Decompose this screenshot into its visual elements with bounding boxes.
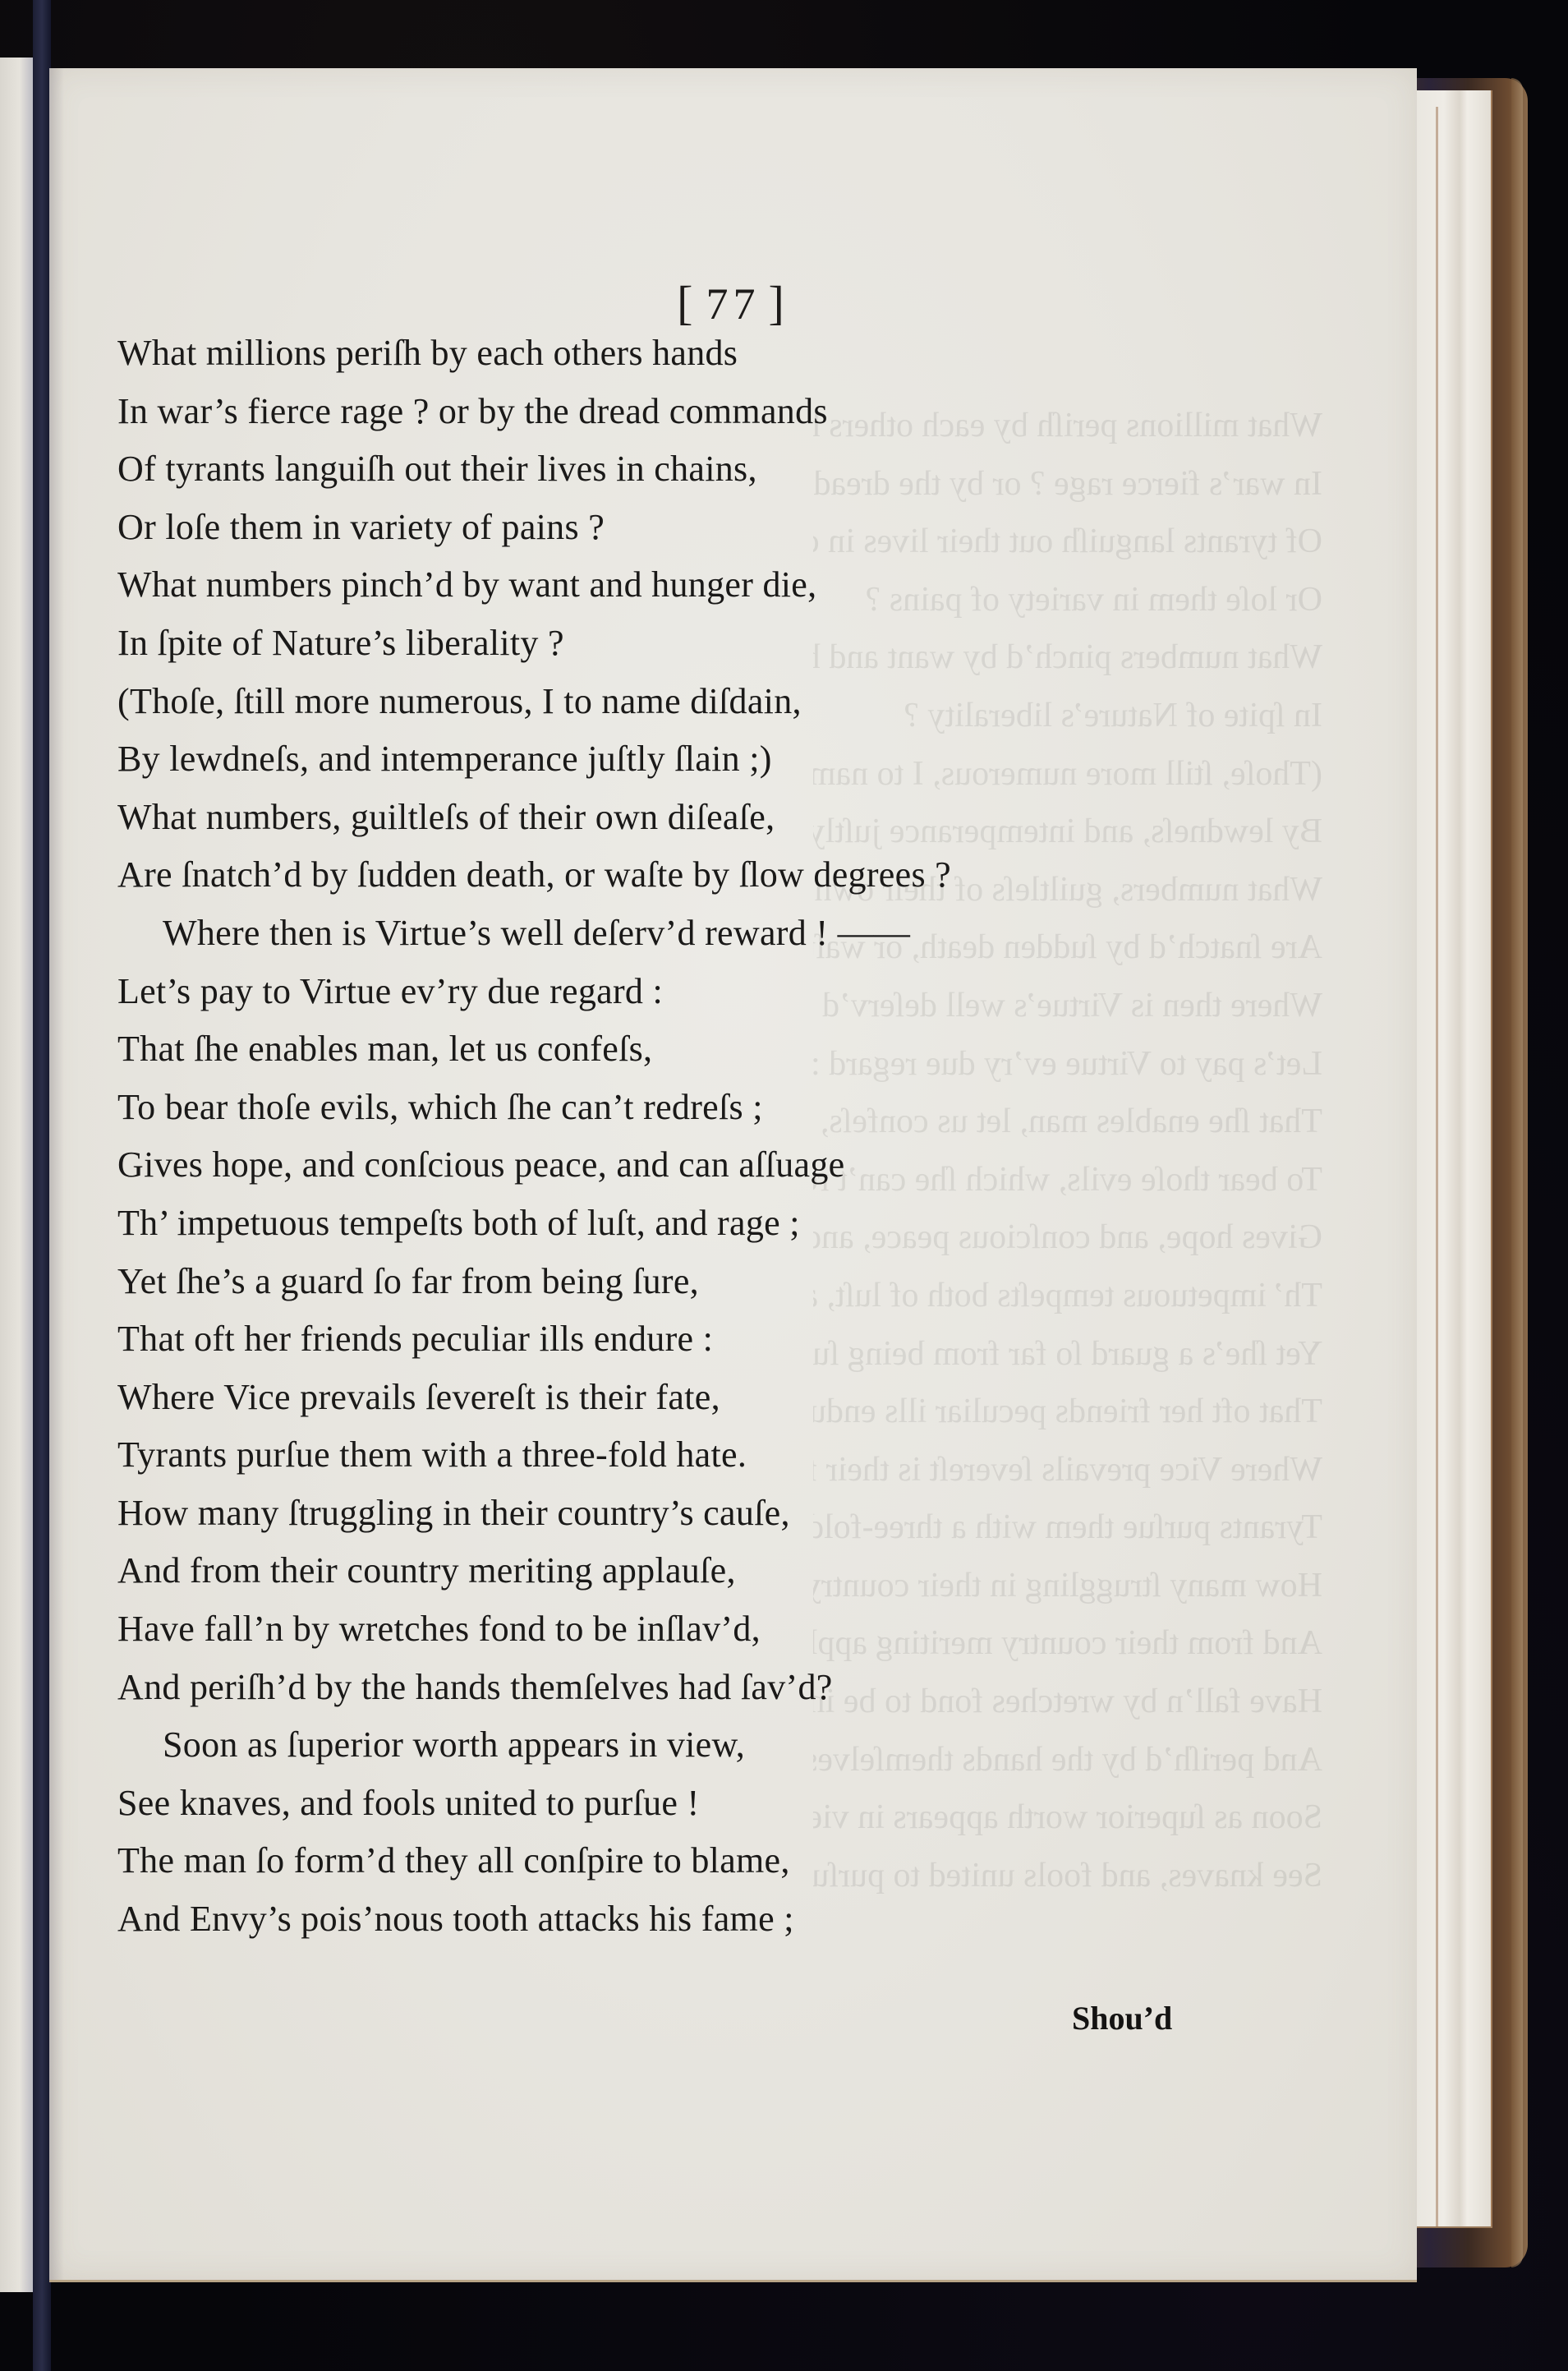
poem-line: In ſpite of Nature’s liberality ? (117, 615, 1350, 673)
facing-page-edge (0, 58, 34, 2292)
poem-line: Have fall’n by wretches fond to be inſla… (117, 1600, 1350, 1659)
poem-line: That ſhe enables man, let us confeſs, (117, 1020, 1350, 1079)
poem-line-indented: Soon as ſuperior worth appears in view, (117, 1716, 1350, 1775)
poem-line: Yet ſhe’s a guard ſo far from being ſure… (117, 1253, 1350, 1311)
catchword: Shou’d (1072, 1999, 1172, 2037)
poem-line: That oft her friends peculiar ills endur… (117, 1310, 1350, 1369)
poem-line: Gives hope, and conſcious peace, and can… (117, 1136, 1350, 1195)
left-bracket: [ (677, 276, 697, 329)
poem-text: What millions periſh by each others hand… (117, 325, 1350, 1949)
poem-line: Th’ impetuous tempeſts both of luſt, and… (117, 1195, 1350, 1253)
page-stack-edge (1413, 90, 1492, 2228)
poem-line: And periſh’d by the hands themſelves had… (117, 1659, 1350, 1717)
poem-line: How many ſtruggling in their country’s c… (117, 1485, 1350, 1543)
poem-line: Tyrants purſue them with a three-fold ha… (117, 1426, 1350, 1485)
page-number: 77 (706, 279, 761, 329)
book-page: What millions periſh by each others hand… (49, 68, 1417, 2282)
poem-line: See knaves, and fools united to purſue ! (117, 1775, 1350, 1833)
poem-line-indented: Where then is Virtue’s well deſerv’d rew… (117, 905, 1350, 963)
poem-line: Let’s pay to Virtue ev’ry due regard : (117, 963, 1350, 1021)
poem-line: By lewdneſs, and intemperance juſtly ſla… (117, 730, 1350, 789)
poem-line: (Thoſe, ſtill more numerous, I to name d… (117, 673, 1350, 731)
poem-line: Where Vice prevails ſevereſt is their fa… (117, 1369, 1350, 1427)
poem-line: In war’s fierce rage ? or by the dread c… (117, 383, 1350, 441)
poem-line: To bear thoſe evils, which ſhe can’t red… (117, 1079, 1350, 1137)
poem-line: What millions periſh by each others hand… (117, 325, 1350, 383)
right-bracket: ] (769, 276, 789, 329)
poem-line: And from their country meriting applauſe… (117, 1542, 1350, 1600)
poem-line: What numbers pinch’d by want and hunger … (117, 556, 1350, 615)
poem-line: And Envy’s pois’nous tooth attacks his f… (117, 1890, 1350, 1949)
page-number-header: [77] (49, 275, 1417, 330)
poem-line: Of tyrants languiſh out their lives in c… (117, 440, 1350, 499)
left-cover-edge (33, 0, 51, 2371)
poem-line: What numbers, guiltleſs of their own diſ… (117, 789, 1350, 847)
poem-line: Are ſnatch’d by ſudden death, or waſte b… (117, 846, 1350, 905)
poem-line: Or loſe them in variety of pains ? (117, 499, 1350, 557)
poem-line: The man ſo form’d they all conſpire to b… (117, 1832, 1350, 1890)
